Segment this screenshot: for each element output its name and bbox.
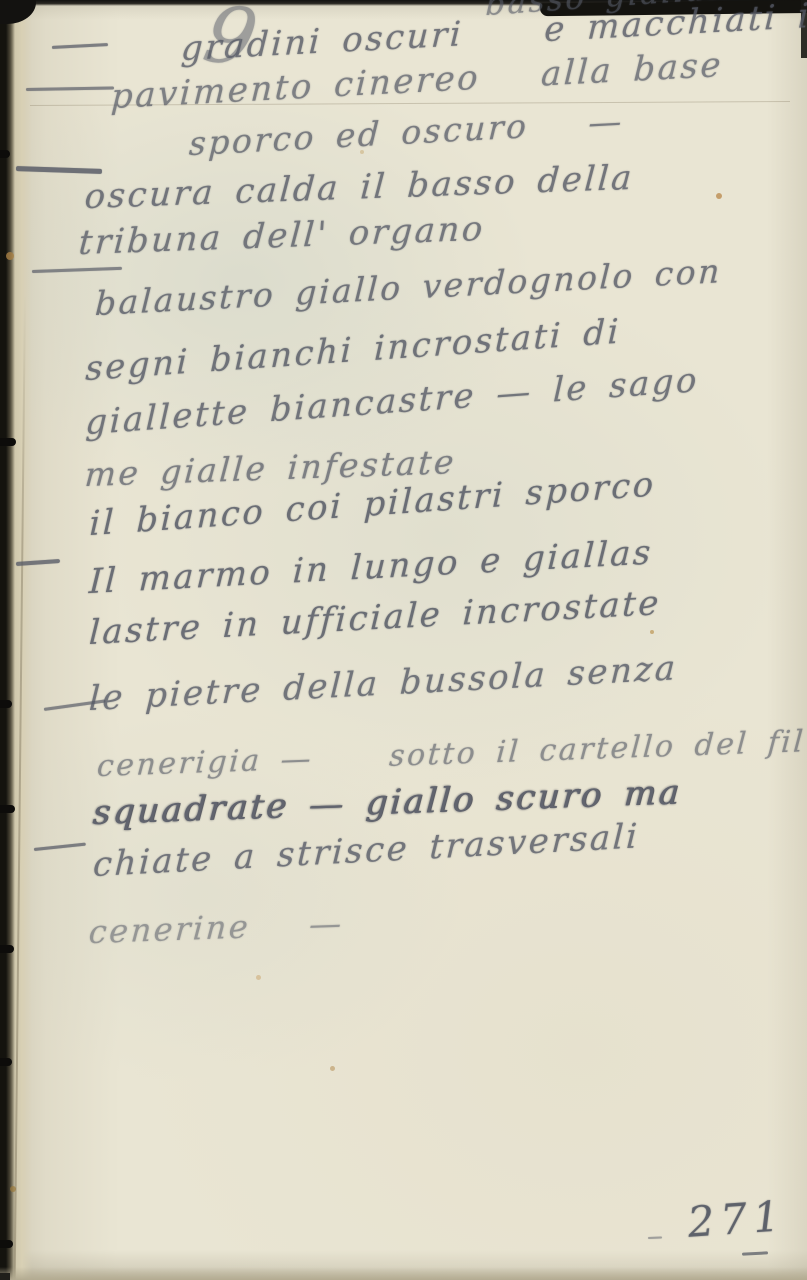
binding-stitch <box>0 150 10 158</box>
binding-stitch <box>0 700 12 708</box>
handwritten-line: cenerine — <box>88 907 345 948</box>
binding-gutter <box>0 0 15 1280</box>
handwritten-line: le pietre della bussola senza <box>88 651 678 716</box>
margin-dash-mark <box>34 843 86 851</box>
foxing-stain <box>10 1186 16 1192</box>
margin-dash-mark <box>52 43 108 49</box>
page-number: 271 <box>686 1191 787 1247</box>
foxing-stain <box>650 630 654 634</box>
handwritten-line: tribuna dell' organo <box>78 212 486 260</box>
handwritten-line: sporco ed oscuro — <box>188 104 624 160</box>
page-edge-bottom <box>0 1267 807 1280</box>
scan-corner-bottom-left <box>0 1273 10 1280</box>
handwritten-line: cenerigia — sotto il cartello del fil <box>96 727 807 782</box>
foxing-stain <box>716 193 722 199</box>
binding-stitch <box>0 438 16 446</box>
margin-dash-mark <box>32 267 122 273</box>
handwritten-line: oscura calda il basso della <box>84 161 635 214</box>
foxing-stain <box>6 252 14 260</box>
page-number-underline <box>742 1251 768 1255</box>
handwritten-line: balaustro giallo verdognolo con <box>94 254 723 320</box>
binding-stitch <box>0 805 15 813</box>
foxing-stain <box>330 1066 335 1071</box>
foxing-stain <box>256 975 261 980</box>
margin-dash-mark <box>26 86 114 91</box>
margin-dash-mark <box>648 1237 662 1239</box>
binding-stitch <box>0 1240 13 1248</box>
binding-stitch <box>0 945 14 953</box>
manuscript-page: basso giallastro9gradini oscuri e macchi… <box>0 0 807 1280</box>
binding-stitch <box>0 1058 12 1066</box>
